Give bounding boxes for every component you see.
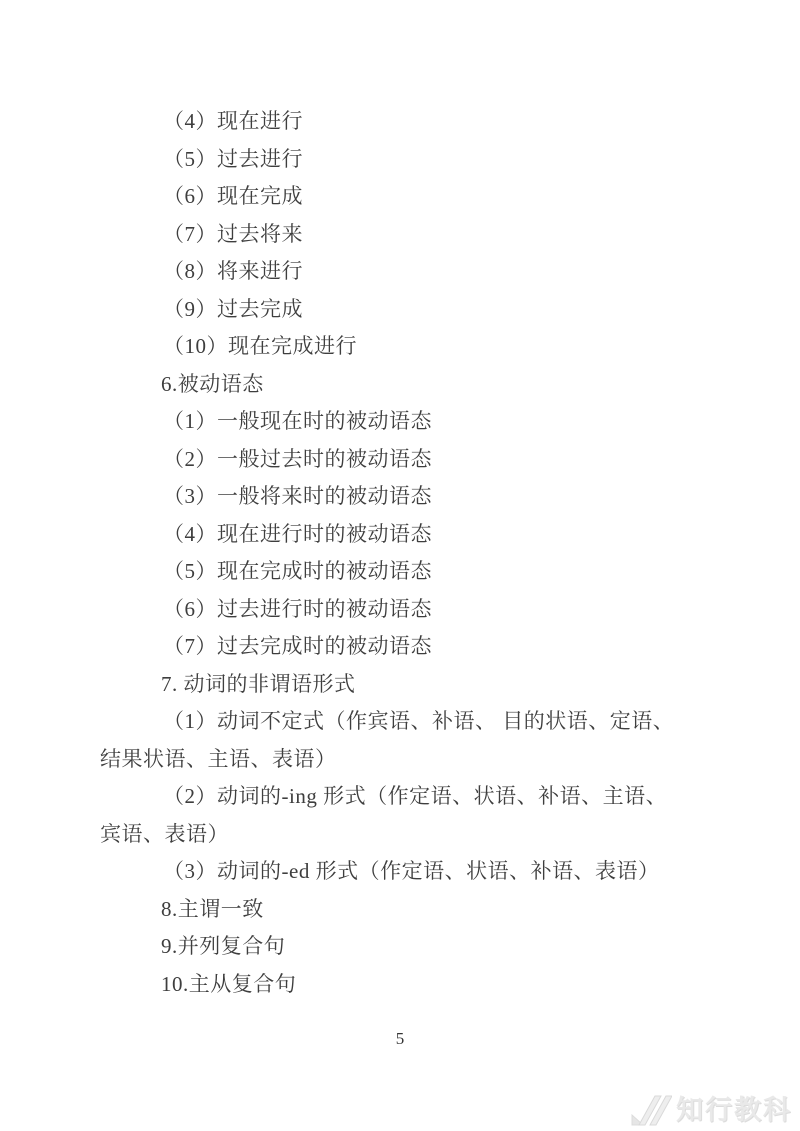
text-line: 7. 动词的非谓语形式 (100, 666, 740, 704)
text-line: （5）现在完成时的被动语态 (100, 553, 740, 591)
text-line: （1）一般现在时的被动语态 (100, 403, 740, 441)
text-line: （2）动词的-ing 形式（作定语、状语、补语、主语、 (100, 778, 740, 816)
text-line: （5）过去进行 (100, 141, 740, 179)
text-line: （2）一般过去时的被动语态 (100, 441, 740, 479)
text-line: 8.主谓一致 (100, 891, 740, 929)
watermark: 知行教科 (630, 1088, 792, 1127)
text-line: （6）现在完成 (100, 178, 740, 216)
text-line: 宾语、表语） (100, 816, 740, 854)
text-line: 9.并列复合句 (100, 928, 740, 966)
text-line: （3）动词的-ed 形式（作定语、状语、补语、表语） (100, 853, 740, 891)
text-line: 6.被动语态 (100, 366, 740, 404)
document-page: （4）现在进行（5）过去进行（6）现在完成（7）过去将来（8）将来进行（9）过去… (0, 0, 800, 1131)
double-slash-logo-icon (630, 1090, 672, 1126)
text-line: （10）现在完成进行 (100, 328, 740, 366)
text-line: （7）过去将来 (100, 216, 740, 254)
text-line: （8）将来进行 (100, 253, 740, 291)
watermark-text: 知行教科 (676, 1088, 792, 1127)
text-line: （9）过去完成 (100, 291, 740, 329)
text-line: （3）一般将来时的被动语态 (100, 478, 740, 516)
text-line: 结果状语、主语、表语） (100, 741, 740, 779)
page-number: 5 (0, 1028, 800, 1050)
document-body: （4）现在进行（5）过去进行（6）现在完成（7）过去将来（8）将来进行（9）过去… (100, 103, 740, 1003)
text-line: （6）过去进行时的被动语态 (100, 591, 740, 629)
text-line: （4）现在进行 (100, 103, 740, 141)
text-line: （1）动词不定式（作宾语、补语、 目的状语、定语、 (100, 703, 740, 741)
text-line: 10.主从复合句 (100, 966, 740, 1004)
text-line: （4）现在进行时的被动语态 (100, 516, 740, 554)
text-line: （7）过去完成时的被动语态 (100, 628, 740, 666)
